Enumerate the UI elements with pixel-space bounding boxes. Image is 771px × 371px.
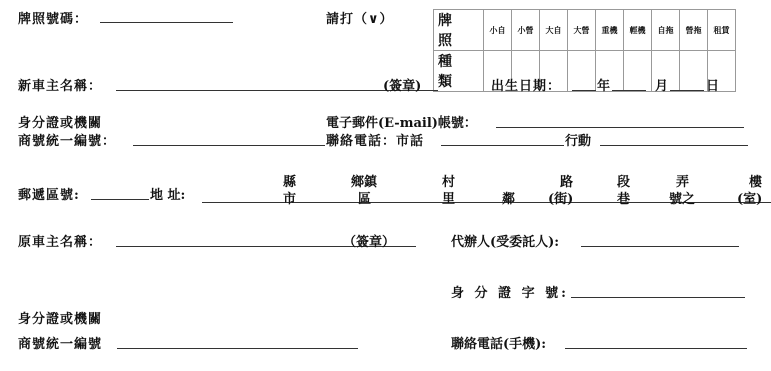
birth-day-unit: 日	[706, 79, 719, 95]
new-owner-seal-label: (簽章)	[383, 79, 421, 95]
birth-month-unit: 月	[655, 79, 668, 95]
birth-date-label: 出生日期：	[491, 79, 561, 95]
plate-option-label: 租賃	[708, 10, 736, 51]
plate-option-label: 大營	[568, 10, 596, 51]
address-section-bottom: 巷	[617, 188, 630, 207]
address-road-bottom: (街)	[548, 188, 573, 207]
plate-type-header-1: 牌 照	[434, 10, 484, 51]
agent-name-label: 代辦人(受委託人):	[451, 235, 559, 251]
mobile-phone-label: 行動	[565, 134, 591, 150]
plate-option-label: 輕機	[624, 10, 652, 51]
new-owner-id-label-line2: 商號統一編號：	[18, 134, 116, 150]
plate-type-header-2: 種 類	[434, 51, 484, 92]
address-floor-bottom: (室)	[737, 188, 762, 207]
plate-option-label: 小自	[484, 10, 512, 51]
check-instruction: 請打（∨）	[326, 12, 394, 28]
plate-option-label: 自拖	[652, 10, 680, 51]
landline-phone-label: 聯絡電話：市話	[326, 134, 424, 150]
address-township-bottom: 區	[358, 188, 371, 207]
new-owner-id-label-line1: 身分證或機關	[18, 116, 102, 132]
address-village-bottom: 里	[442, 188, 455, 207]
agent-name-field[interactable]	[581, 246, 739, 247]
address-label: 地 址:	[150, 188, 185, 204]
agent-phone-label: 聯絡電話(手機):	[451, 337, 546, 353]
birth-year-unit: 年	[597, 79, 610, 95]
agent-id-field[interactable]	[571, 297, 745, 298]
plate-option-checkbox[interactable]	[568, 51, 596, 92]
birth-year-field[interactable]	[572, 90, 596, 91]
plate-type-table: 牌 照 小自 小營 大自 大營 重機 輕機 自拖 營拖 租賃 種 類	[433, 9, 736, 92]
plate-option-label: 營拖	[680, 10, 708, 51]
email-field[interactable]	[496, 127, 744, 128]
new-owner-id-field[interactable]	[133, 145, 325, 146]
postal-code-label: 郵遞區號:	[18, 188, 80, 204]
plate-number-label: 牌照號碼：	[18, 12, 88, 28]
agent-id-label: 身 分 證 字 號:	[451, 286, 569, 302]
original-owner-id-label-line2: 商號統一編號	[18, 337, 102, 353]
address-county-bottom: 市	[283, 188, 296, 207]
address-neighborhood: 鄰	[502, 188, 515, 207]
plate-option-checkbox[interactable]	[624, 51, 652, 92]
postal-code-field[interactable]	[91, 199, 149, 200]
address-alley-bottom: 號之	[669, 188, 695, 207]
plate-number-field[interactable]	[100, 22, 233, 23]
original-owner-seal-label: （簽章）	[343, 235, 395, 251]
original-owner-id-label-line1: 身分證或機關	[18, 312, 102, 328]
plate-option-label: 大自	[540, 10, 568, 51]
mobile-phone-field[interactable]	[600, 145, 748, 146]
plate-option-label: 重機	[596, 10, 624, 51]
new-owner-name-label: 新車主名稱：	[18, 79, 102, 95]
email-label: 電子郵件(E-mail)帳號：	[326, 116, 477, 132]
original-owner-id-field[interactable]	[117, 348, 358, 349]
birth-month-field[interactable]	[612, 90, 646, 91]
agent-phone-field[interactable]	[565, 348, 747, 349]
plate-option-label: 小營	[512, 10, 540, 51]
plate-option-checkbox[interactable]	[680, 51, 708, 92]
original-owner-name-label: 原車主名稱：	[18, 235, 102, 251]
birth-day-field[interactable]	[670, 90, 704, 91]
landline-phone-field[interactable]	[441, 145, 564, 146]
